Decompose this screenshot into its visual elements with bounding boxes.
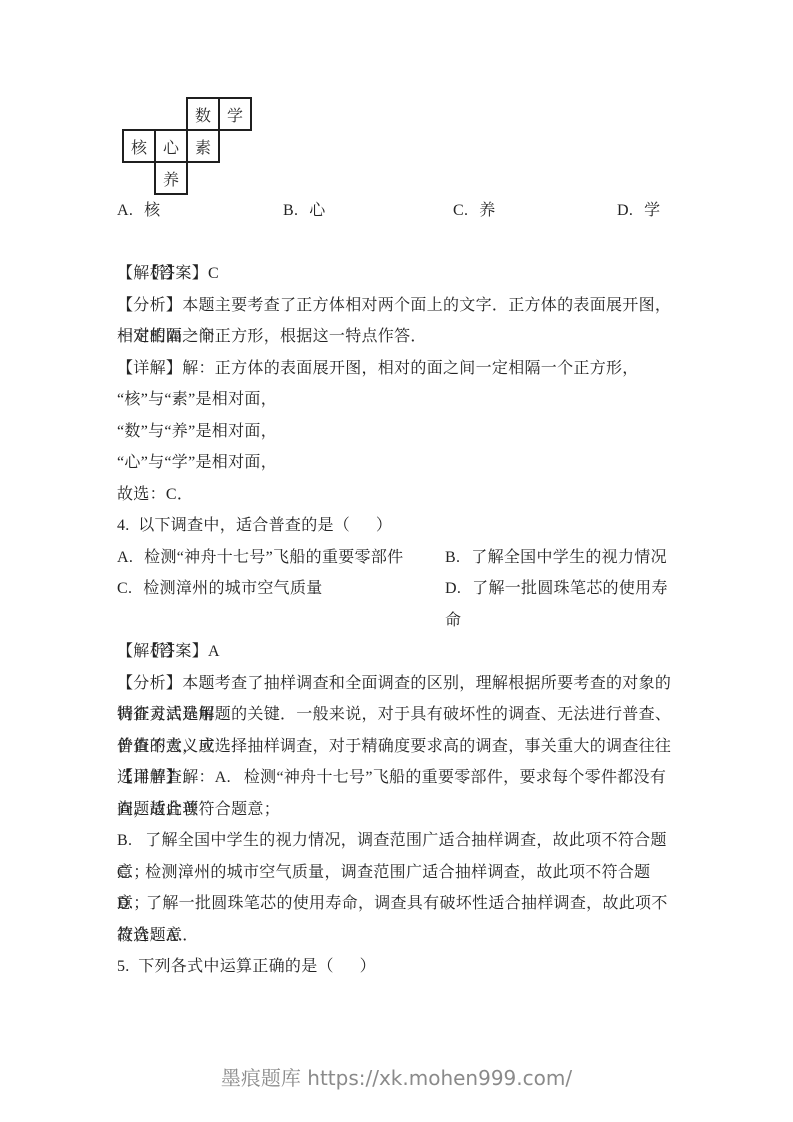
option-text: 了解全国中学生的视力情况 (471, 549, 667, 566)
cube-net-cell: 学 (218, 97, 252, 131)
q4-option-a: A.检测“神舟十七号”飞船的重要零部件 (117, 542, 445, 574)
answer-value: A (208, 643, 220, 660)
q3-detail-line: “心”与“学”是相对面， (117, 447, 679, 479)
q3-options-row: A.核 B.心 C.养 D.学 (117, 195, 679, 227)
q3-analysis-line: 【分析】本题主要考查了正方体相对两个面上的文字．正方体的表面展开图，相对的面之间 (117, 290, 679, 322)
q3-detail-line: “数”与“养”是相对面， (117, 416, 679, 448)
q3-conclusion-line: 故选：C． (117, 479, 679, 511)
q4-analysis-line: 价值不大，应选择抽样调查，对于精确度要求高的调查，事关重大的调查往往选用普查． (117, 731, 679, 763)
q4-analysis-line: 【分析】本题考查了抽样调查和全面调查的区别，理解根据所要考查的对象的特征灵活选用 (117, 668, 679, 700)
exam-document-page: 数 学 核 心 素 养 A.核 B.心 C.养 D.学 【答案】C 【解析】 【… (0, 0, 793, 1122)
q3-option-b: B.心 (283, 195, 453, 227)
q4-detail-line: 【详解】解：A. 检测“神舟十七号”飞船的重要零部件，要求每个零件都没有问题适合… (117, 762, 679, 794)
option-letter: A. (117, 549, 133, 566)
option-letter: D. (617, 202, 633, 219)
q4-conclusion-line: 故选：A． (117, 920, 679, 952)
option-letter: C. (117, 580, 132, 597)
option-letter: D. (445, 580, 461, 597)
q3-answer-line: 【答案】C (117, 227, 679, 259)
cube-net-cell: 养 (154, 161, 188, 195)
q4-stem: 4. 以下调查中，适合普查的是（ ） (117, 510, 679, 542)
q3-option-c: C.养 (453, 195, 617, 227)
site-footer: 墨痕题库 https://xk.mohen999.com/ (0, 1064, 793, 1092)
cube-net-cell: 核 (122, 129, 156, 163)
option-text: 核 (144, 202, 160, 219)
cube-net-cell: 素 (186, 129, 220, 163)
option-text: 检测“神舟十七号”飞船的重要零部件 (144, 549, 403, 566)
q3-detail-line: 【详解】解：正方体的表面展开图，相对的面之间一定相隔一个正方形， (117, 353, 679, 385)
cube-net-cell: 心 (154, 129, 188, 163)
option-text: 检测漳州的城市空气质量 (143, 580, 322, 597)
option-text: 养 (479, 202, 495, 219)
q4-detail-line: D. 了解一批圆珠笔芯的使用寿命，调查具有破坏性适合抽样调查，故此项不符合题意． (117, 888, 679, 920)
option-text: 学 (644, 202, 660, 219)
option-text: 了解一批圆珠笔芯的使用寿命 (445, 580, 668, 629)
cube-net-cell: 数 (186, 97, 220, 131)
q4-option-c: C.检测漳州的城市空气质量 (117, 573, 445, 636)
q4-detail-line: 查，故此项符合题意； (117, 794, 679, 826)
document-content: 数 学 核 心 素 养 A.核 B.心 C.养 D.学 【答案】C 【解析】 【… (117, 97, 679, 983)
option-letter: A. (117, 202, 133, 219)
option-letter: B. (283, 202, 298, 219)
q3-option-d: D.学 (617, 195, 679, 227)
q4-analysis-line: 调查方式是解题的关键．一般来说，对于具有破坏性的调查、无法进行普查、普查的意义或 (117, 699, 679, 731)
option-text: 心 (309, 202, 325, 219)
q4-detail-line: C. 检测漳州的城市空气质量，调查范围广适合抽样调查，故此项不符合题意； (117, 857, 679, 889)
option-letter: B. (445, 549, 460, 566)
q4-detail-line: B. 了解全国中学生的视力情况，调查范围广适合抽样调查，故此项不符合题意； (117, 825, 679, 857)
q4-options-row-1: A.检测“神舟十七号”飞船的重要零部件 B.了解全国中学生的视力情况 (117, 542, 679, 574)
q3-detail-line: “核”与“素”是相对面， (117, 384, 679, 416)
q3-option-a: A.核 (117, 195, 283, 227)
q4-option-d: D.了解一批圆珠笔芯的使用寿命 (445, 573, 679, 636)
q5-stem: 5. 下列各式中运算正确的是（ ） (117, 951, 679, 983)
q4-option-b: B.了解全国中学生的视力情况 (445, 542, 679, 574)
option-letter: C. (453, 202, 468, 219)
q4-options-row-2: C.检测漳州的城市空气质量 D.了解一批圆珠笔芯的使用寿命 (117, 573, 679, 605)
cube-net-figure: 数 学 核 心 素 养 (122, 97, 679, 195)
q3-analysis-line: 一定相隔一个正方形，根据这一特点作答． (117, 321, 679, 353)
answer-value: C (208, 265, 219, 282)
